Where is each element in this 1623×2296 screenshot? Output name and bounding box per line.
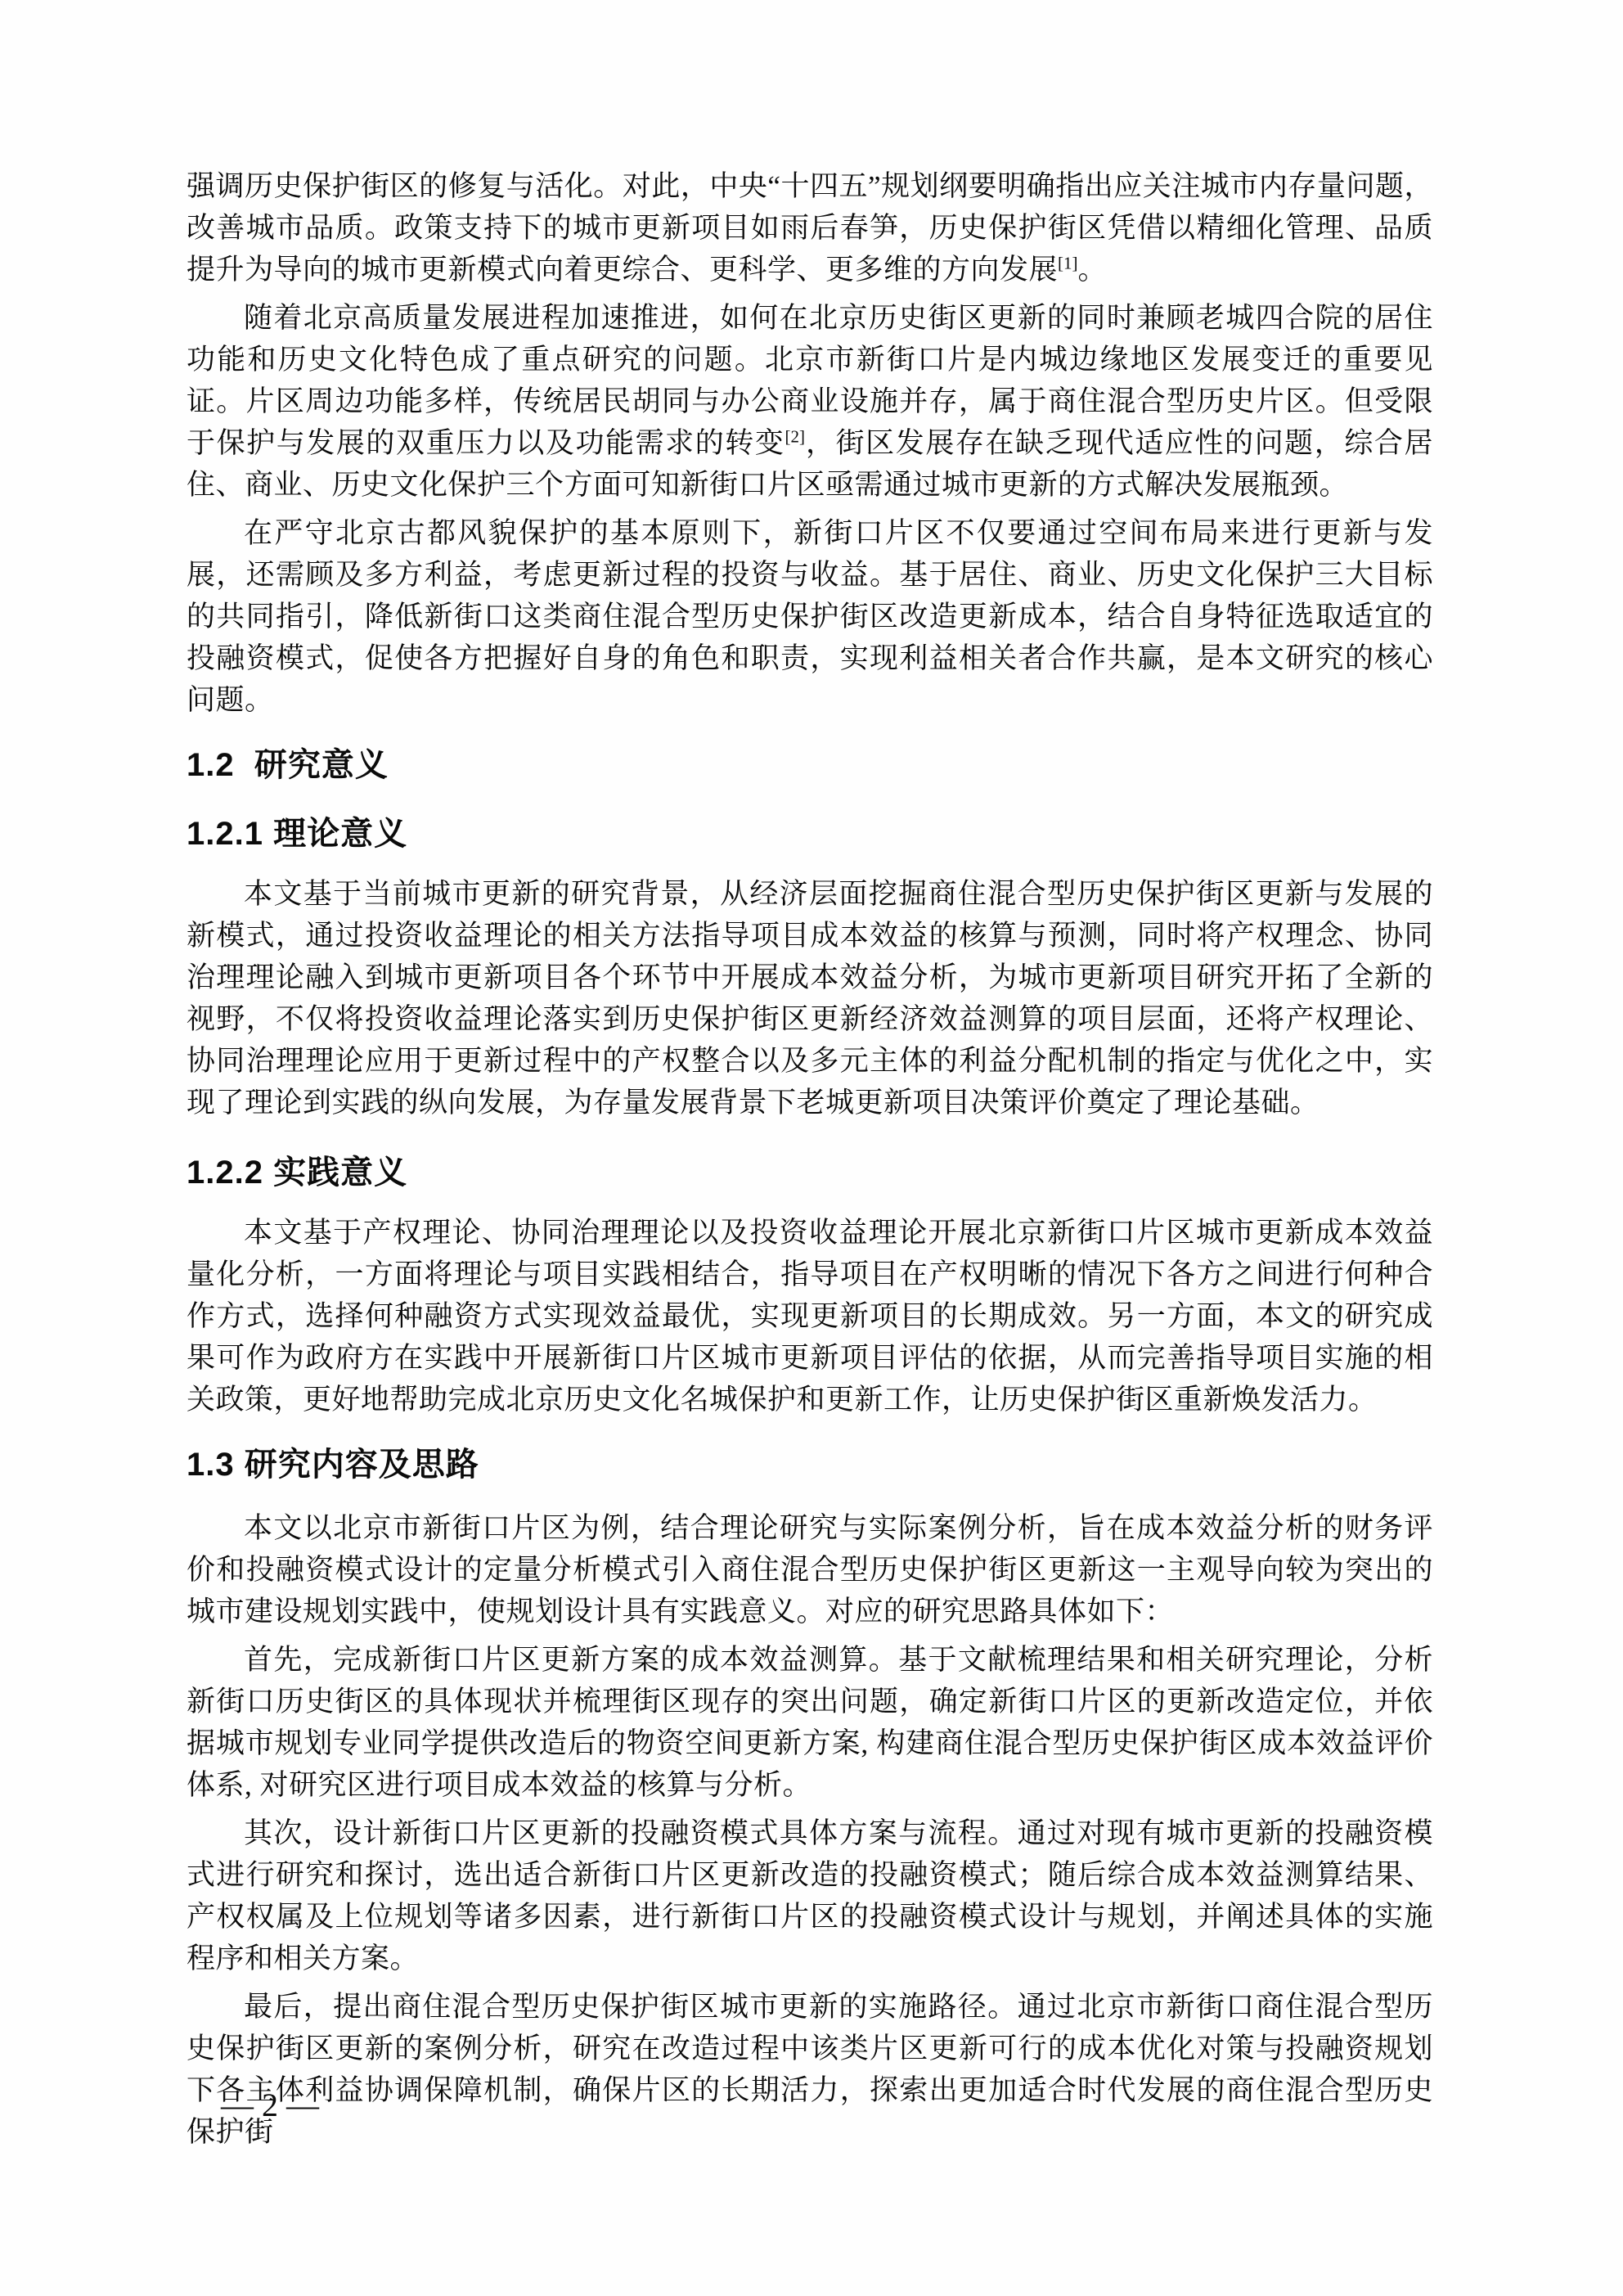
page-body: 强调历史保护街区的修复与活化。对此，中央“十四五”规划纲要明确指出应关注城市内存… [187,165,1433,2159]
paragraph-step-first: 首先，完成新街口片区更新方案的成本效益测算。基于文献梳理结果和相关研究理论，分析… [187,1639,1433,1806]
paragraph-core-problem: 在严守北京古都风貌保护的基本原则下，新街口片区不仅要通过空间布局来进行更新与发展… [187,512,1433,721]
footnote-ref-2: [2] [785,426,805,446]
paragraph-step-last: 最后，提出商住混合型历史保护街区城市更新的实施路径。通过北京市新街口商住混合型历… [187,1986,1433,2153]
heading-subsection-1-2-1: 1.2.1 理论意义 [187,814,1433,853]
paragraph-text: 强调历史保护街区的修复与活化。对此，中央“十四五”规划纲要明确指出应关注城市内存… [187,170,1433,286]
heading-section-1-2: 1.2 研究意义 [187,745,1433,785]
paragraph-practical-significance: 本文基于产权理论、协同治理理论以及投资收益理论开展北京新街口片区城市更新成本效益… [187,1212,1433,1420]
paragraph-text: 。 [1078,254,1108,286]
paragraph-research-content-intro: 本文以北京市新街口片区为例，结合理论研究与实际案例分析，旨在成本效益分析的财务评… [187,1507,1433,1632]
page-number: — 2 — [221,2087,319,2123]
thesis-page: 强调历史保护街区的修复与活化。对此，中央“十四五”规划纲要明确指出应关注城市内存… [0,0,1623,2296]
paragraph-xinjiekou-background: 随着北京高质量发展进程加速推进，如何在北京历史街区更新的同时兼顾老城四合院的居住… [187,297,1433,506]
paragraph-intro-continued: 强调历史保护街区的修复与活化。对此，中央“十四五”规划纲要明确指出应关注城市内存… [187,165,1433,290]
paragraph-theoretical-significance: 本文基于当前城市更新的研究背景，从经济层面挖掘商住混合型历史保护街区更新与发展的… [187,873,1433,1123]
footnote-ref-1: [1] [1058,253,1078,272]
heading-section-1-3: 1.3 研究内容及思路 [187,1445,1433,1484]
heading-subsection-1-2-2: 1.2.2 实践意义 [187,1153,1433,1192]
page-footer: — 2 — [221,2086,319,2125]
paragraph-step-second: 其次，设计新街口片区更新的投融资模式具体方案与流程。通过对现有城市更新的投融资模… [187,1812,1433,1979]
